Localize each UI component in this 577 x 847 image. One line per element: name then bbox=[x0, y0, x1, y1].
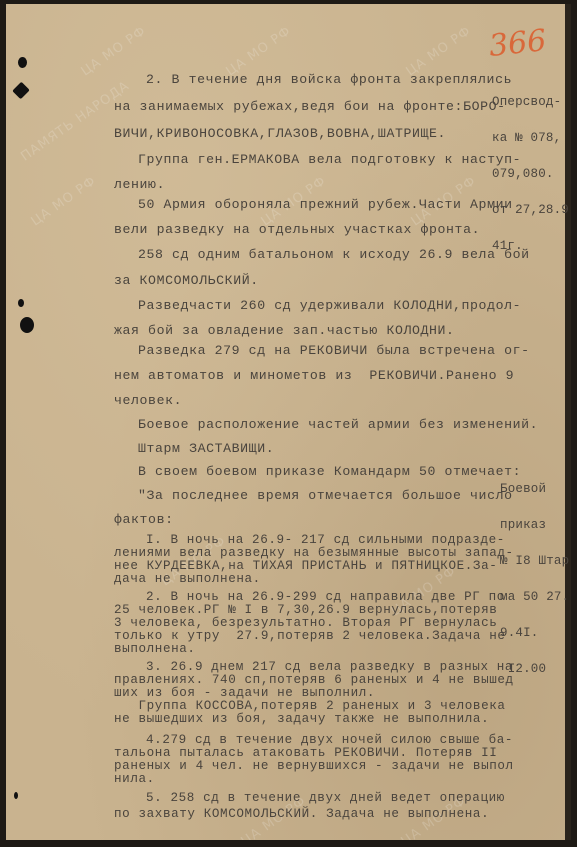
text-line: В своем боевом приказе Командарм 50 отме… bbox=[138, 464, 521, 479]
text-line: 5. 258 сд в течение двух дней ведет опер… bbox=[146, 792, 505, 805]
text-line: Боевое расположение частей армии без изм… bbox=[138, 417, 538, 432]
document-page: ЦА МО РФ ЦА МО РФ ЦА МО РФ ПАМЯТЬ НАРОДА… bbox=[6, 4, 571, 840]
margin-note-order-ref: Боевой приказ № I8 Штар- ма 50 27. 9.4I.… bbox=[500, 459, 571, 699]
margin-line: 079,080. bbox=[492, 168, 569, 180]
text-line: выполнена. bbox=[114, 643, 196, 656]
margin-line: Боевой bbox=[500, 483, 571, 495]
text-line: раненых и 4 чел. не вернувшихся - задачи… bbox=[114, 760, 514, 773]
text-line: человек. bbox=[114, 393, 182, 408]
text-line: по захвату КОМСОМОЛЬСКИЙ. Задача не выпо… bbox=[114, 808, 489, 821]
text-line: Штарм ЗАСТАВИЩИ. bbox=[138, 441, 274, 456]
watermark: ЦА МО РФ bbox=[79, 24, 150, 80]
text-line: Группа ген.ЕРМАКОВА вела подготовку к на… bbox=[138, 152, 521, 167]
text-line: дача не выполнена. bbox=[114, 573, 261, 586]
margin-line: ма 50 27. bbox=[500, 591, 571, 603]
margin-line: Оперсвод- bbox=[492, 96, 569, 108]
margin-note-report-ref: Оперсвод- ка № 078, 079,080. от 27,28.9 … bbox=[492, 72, 569, 276]
watermark: ЦА МО РФ bbox=[29, 174, 100, 230]
text-line: 258 сд одним батальоном к исходу 26.9 ве… bbox=[138, 247, 530, 262]
binding-hole bbox=[20, 317, 34, 333]
text-line: 50 Армия обороняла прежний рубеж.Части А… bbox=[138, 197, 513, 212]
text-line: ВИЧИ,КРИВОНОСОВКА,ГЛАЗОВ,ВОВНА,ШАТРИЩЕ. bbox=[114, 126, 446, 141]
text-line: за КОМСОМОЛЬСКИЙ. bbox=[114, 273, 259, 288]
text-line: 2. В течение дня войска фронта закреплял… bbox=[146, 72, 512, 87]
text-line: вели разведку на отдельных участках фрон… bbox=[114, 222, 480, 237]
margin-line: 41г. bbox=[492, 240, 569, 252]
watermark: ЦА МО РФ bbox=[224, 24, 295, 80]
page-number: 366 bbox=[487, 23, 548, 64]
text-line: "За последнее время отмечается большое ч… bbox=[138, 488, 513, 503]
binding-hole bbox=[12, 82, 30, 100]
binding-hole bbox=[18, 299, 24, 307]
text-line: фактов: bbox=[114, 512, 174, 527]
text-line: Разведчасти 260 сд удерживали КОЛОДНИ,пр… bbox=[138, 298, 521, 313]
text-line: не вышедших из боя, задачу также не выпо… bbox=[114, 713, 489, 726]
binding-hole bbox=[14, 792, 18, 799]
margin-line: 9.4I. bbox=[500, 627, 571, 639]
text-line: лению. bbox=[114, 177, 165, 192]
text-line: нем автоматов и минометов из РЕКОВИЧИ.Ра… bbox=[114, 368, 514, 383]
margin-line: приказ bbox=[500, 519, 571, 531]
watermark: ПАМЯТЬ НАРОДА bbox=[18, 78, 132, 164]
watermark: ЦА МО РФ bbox=[404, 24, 475, 80]
binding-hole bbox=[18, 57, 27, 68]
margin-line: № I8 Штар- bbox=[500, 555, 571, 567]
margin-line: I2.00 bbox=[500, 663, 571, 675]
text-line: нила. bbox=[114, 773, 155, 786]
text-line: Разведка 279 сд на РЕКОВИЧИ была встрече… bbox=[138, 343, 530, 358]
text-line: жая бой за овладение зап.частью КОЛОДНИ. bbox=[114, 323, 455, 338]
margin-line: от 27,28.9 bbox=[492, 204, 569, 216]
margin-line: ка № 078, bbox=[492, 132, 569, 144]
text-line: на занимаемых рубежах,ведя бои на фронте… bbox=[114, 99, 506, 114]
